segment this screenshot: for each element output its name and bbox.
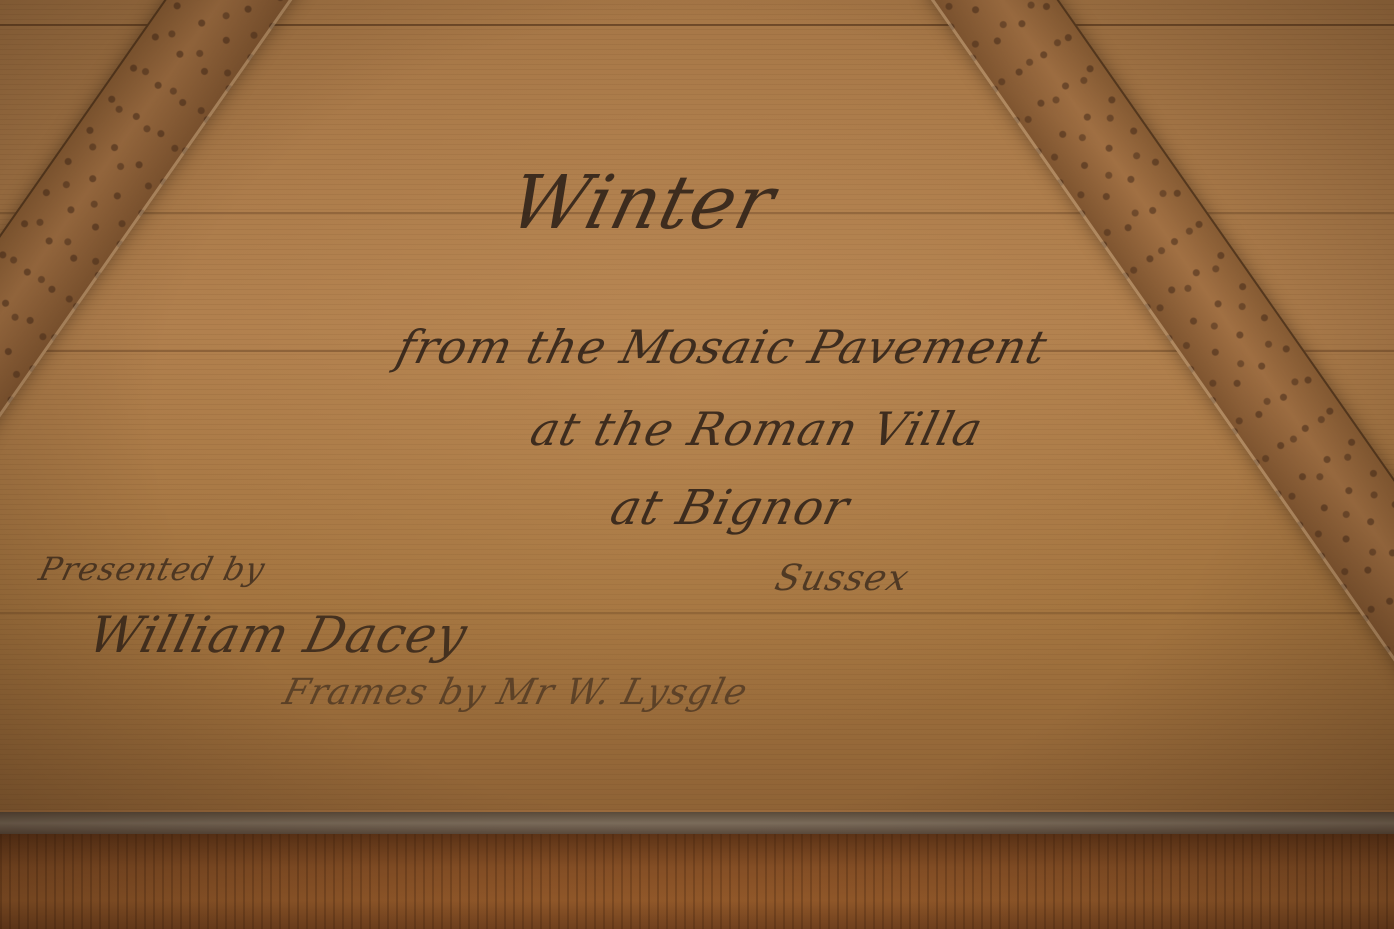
frame-groove [0,812,1394,834]
inscription-framed-by: Frames by Mr W. Lysgle [279,672,752,713]
inscription-line-villa: at the Roman Villa [525,402,989,456]
inscription-donor-name: William Dacey [83,606,474,664]
inscription-title: Winter [501,160,783,246]
inscription-presented-by: Presented by [35,550,269,588]
inscription-line-mosaic: from the Mosaic Pavement [391,320,1053,374]
inscription-line-sussex: Sussex [771,558,914,599]
frame-bottom-rail [0,834,1394,929]
wooden-panel-photo: Winter from the Mosaic Pavement at the R… [0,0,1394,929]
inscription-line-bignor: at Bignor [605,480,855,536]
